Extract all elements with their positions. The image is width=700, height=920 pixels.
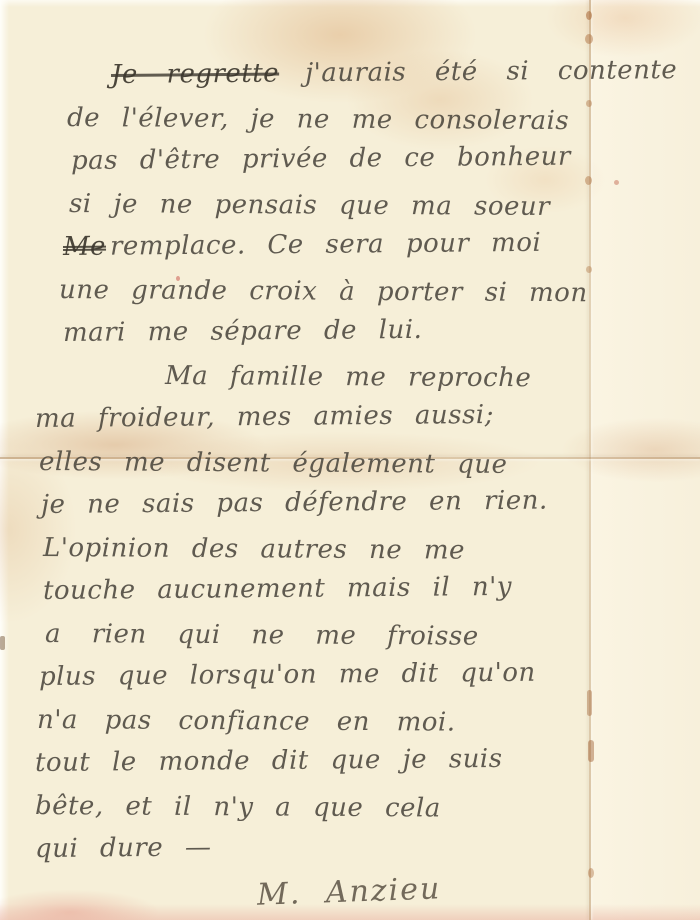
edge-mark xyxy=(0,636,5,650)
letter-line: Meremplace. Ce sera pour moi xyxy=(63,221,585,269)
overwritten-text: Me xyxy=(63,232,106,262)
line-text: j'aurais été si contente xyxy=(305,55,677,88)
letter-line: touche aucunement mais il n'y xyxy=(43,565,585,613)
fold-spot xyxy=(585,34,593,44)
letter-line: pas d'être privée de ce bonheur xyxy=(71,136,585,183)
struck-text: Je regrette xyxy=(111,59,279,90)
line-text: remplace. Ce sera pour moi xyxy=(110,228,541,262)
letter-line: ma froideur, mes amies aussi; xyxy=(35,393,585,441)
fold-spot xyxy=(588,868,594,878)
vertical-fold-crease xyxy=(589,0,591,920)
fold-spot xyxy=(587,690,592,716)
fold-spot xyxy=(588,740,594,762)
foxing-spot xyxy=(614,180,619,185)
signature: M. Anzieu xyxy=(256,861,585,918)
letter-line: mari me sépare de lui. xyxy=(63,307,585,355)
fold-spot xyxy=(585,176,592,185)
fold-spot xyxy=(586,11,592,20)
scanned-letter: Je regrettej'aurais été si contente de l… xyxy=(0,0,700,920)
letter-line: plus que lorsqu'on me dit qu'on xyxy=(39,651,585,699)
letter-body: Je regrettej'aurais été si contente de l… xyxy=(65,54,585,913)
letter-line: tout le monde dit que je suis xyxy=(35,737,585,785)
letter-line: Je regrettej'aurais été si contente xyxy=(111,50,585,97)
letter-line: je ne sais pas défendre en rien. xyxy=(41,479,585,527)
fold-spot xyxy=(586,266,592,273)
fold-spot xyxy=(586,100,592,107)
